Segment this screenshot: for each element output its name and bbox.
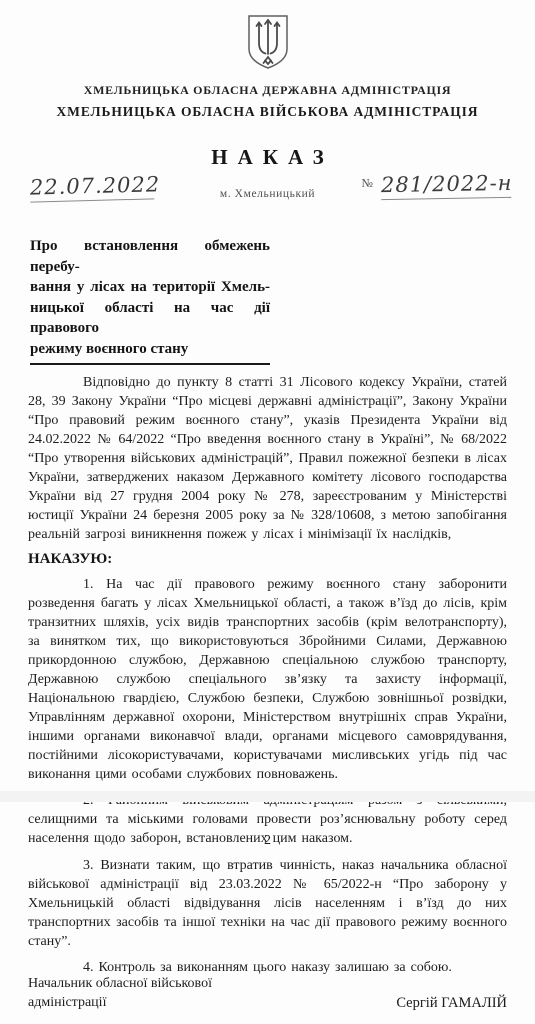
signature-block: Начальник обласної військової адміністра…	[28, 974, 507, 1012]
subject-line: вання у лісах на території Хмель-	[30, 277, 270, 298]
order-items-page2: 3. Визнати таким, що втратив чинність, н…	[28, 856, 507, 977]
order-item: 3. Визнати таким, що втратив чинність, н…	[28, 856, 507, 951]
number-sign-label: №	[362, 176, 373, 191]
page-number: 2	[0, 833, 535, 849]
page2-section: 2 3. Визнати таким, що втратив чинність,…	[0, 791, 535, 1024]
subject-line: ницької області на час дії правового	[30, 298, 270, 339]
subject-block: Про встановлення обмежень перебу-вання у…	[30, 236, 270, 365]
subject-line: режиму воєнного стану	[30, 339, 270, 360]
page1-body: Відповідно до пункту 8 статті 31 Лісовог…	[28, 373, 507, 848]
document-page: ХМЕЛЬНИЦЬКА ОБЛАСНА ДЕРЖАВНА АДМІНІСТРАЦ…	[0, 0, 535, 1024]
document-number: № 281/2022-н	[362, 172, 511, 199]
document-meta-row: 22.07.2022 м. Хмельницький № 281/2022-н	[0, 172, 535, 220]
handwritten-number: 281/2022-н	[381, 171, 511, 200]
org-name-state-administration: ХМЕЛЬНИЦЬКА ОБЛАСНА ДЕРЖАВНА АДМІНІСТРАЦ…	[0, 83, 535, 98]
decree-heading: НАКАЗУЮ:	[28, 551, 507, 568]
document-type-title: НАКАЗ	[0, 145, 535, 170]
org-name-military-administration: ХМЕЛЬНИЦЬКА ОБЛАСНА ВІЙСЬКОВА АДМІНІСТРА…	[0, 104, 535, 120]
page-break-separator	[0, 791, 535, 802]
signatory-position-line2: адміністрації	[28, 993, 212, 1012]
order-item: 1. На час дії правового режиму воєнного …	[28, 575, 507, 784]
signatory-name: Сергій ГАМАЛІЙ	[396, 995, 507, 1012]
coat-of-arms-icon	[242, 13, 294, 71]
subject-line: Про встановлення обмежень перебу-	[30, 236, 270, 277]
signatory-position: Начальник обласної військової адміністра…	[28, 974, 212, 1012]
signatory-position-line1: Начальник обласної військової	[28, 974, 212, 993]
preamble-paragraph: Відповідно до пункту 8 статті 31 Лісовог…	[28, 373, 507, 544]
